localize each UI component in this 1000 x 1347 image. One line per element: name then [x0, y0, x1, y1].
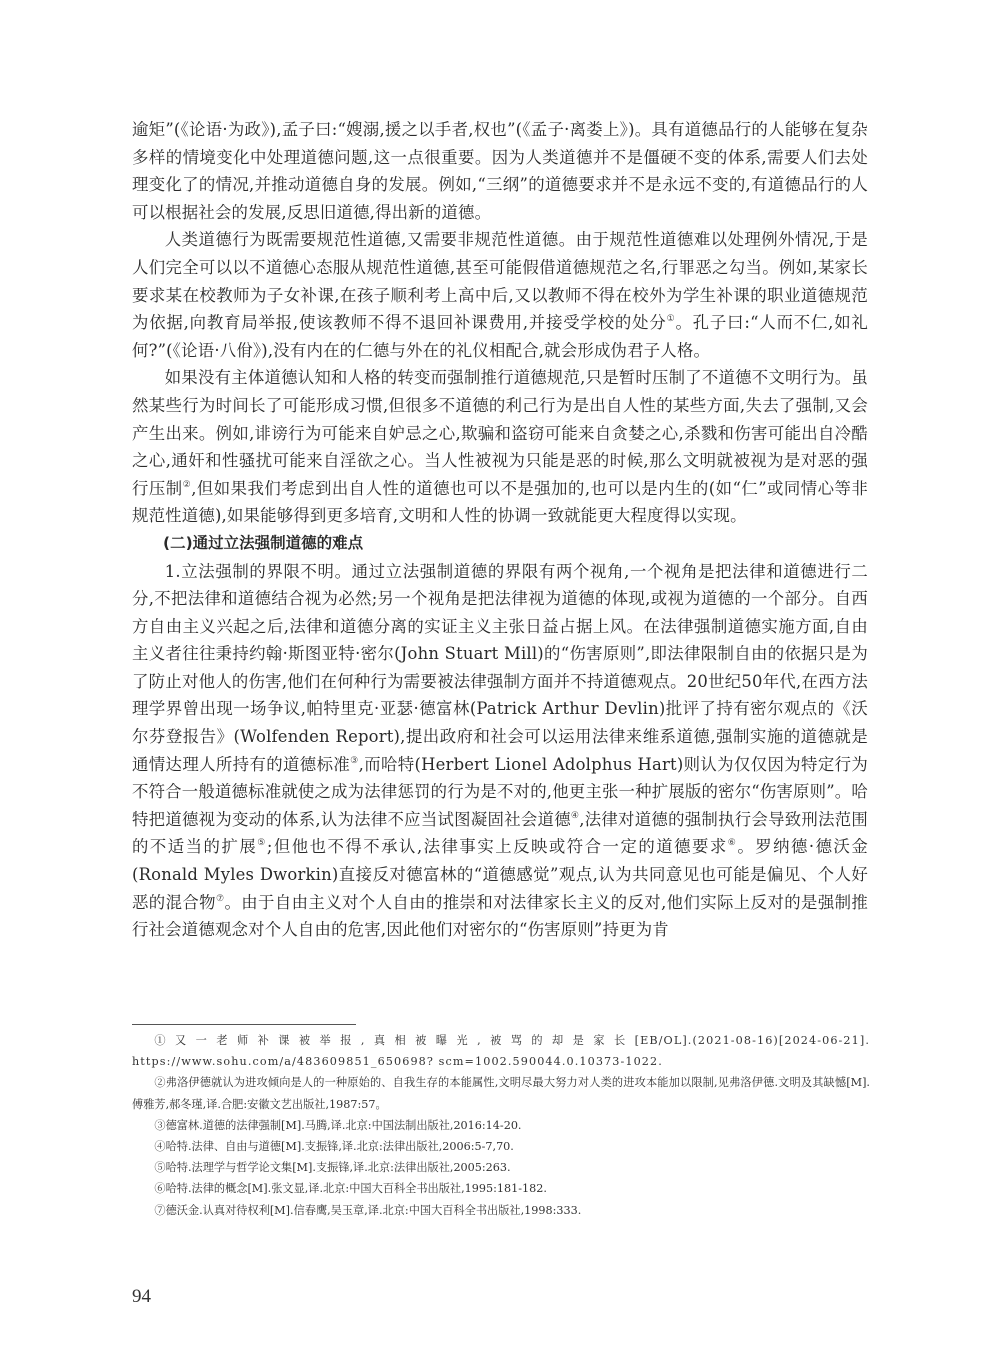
- footnote-ref-4[interactable]: ④: [571, 811, 579, 821]
- footnote-2: ②弗洛伊德就认为进攻倾向是人的一种原始的、自我生存的本能属性,文明尽最大努力对人…: [132, 1072, 870, 1114]
- paragraph-1: 逾矩”(《论语·为政》),孟子曰:“嫂溺,援之以手者,权也”(《孟子·离娄上》)…: [132, 116, 868, 226]
- footnote-4: ④哈特.法律、自由与道德[M].支振锋,译.北京:法律出版社,2006:5-7,…: [132, 1136, 870, 1157]
- paragraph-2: 人类道德行为既需要规范性道德,又需要非规范性道德。由于规范性道德难以处理例外情况…: [132, 226, 868, 364]
- footnote-ref-5[interactable]: ⑤: [257, 838, 267, 848]
- section-heading: (二)通过立法强制道德的难点: [132, 530, 868, 558]
- page-number: 94: [132, 1286, 151, 1308]
- paragraph-4-text-f: 。由于自由主义对个人自由的推崇和对法律家长主义的反对,他们实际上反对的是强制推行…: [132, 893, 868, 940]
- paragraph-3: 如果没有主体道德认知和人格的转变而强制推行道德规范,只是暂时压制了不道德不文明行…: [132, 364, 868, 530]
- footnote-1: ①又一老师补课被举报,真相被曝光,被骂的却是家长[EB/OL].(2021-08…: [132, 1030, 870, 1072]
- footnotes: ①又一老师补课被举报,真相被曝光,被骂的却是家长[EB/OL].(2021-08…: [132, 1030, 870, 1221]
- article-body: 逾矩”(《论语·为政》),孟子曰:“嫂溺,援之以手者,权也”(《孟子·离娄上》)…: [132, 116, 868, 944]
- paragraph-4: 1.立法强制的界限不明。通过立法强制道德的界限有两个视角,一个视角是把法律和道德…: [132, 558, 868, 944]
- footnote-7: ⑦德沃金.认真对待权利[M].信春鹰,吴玉章,译.北京:中国大百科全书出版社,1…: [132, 1200, 870, 1221]
- footnote-ref-3[interactable]: ③: [350, 756, 358, 766]
- footnote-6: ⑥哈特.法律的概念[M].张文显,译.北京:中国大百科全书出版社,1995:18…: [132, 1178, 870, 1199]
- footnote-3: ③德富林.道德的法律强制[M].马腾,译.北京:中国法制出版社,2016:14-…: [132, 1115, 870, 1136]
- footnote-divider: [132, 1024, 356, 1025]
- footnote-ref-1[interactable]: ①: [667, 314, 676, 324]
- footnote-5: ⑤哈特.法理学与哲学论文集[M].支振锋,译.北京:法律出版社,2005:263…: [132, 1157, 870, 1178]
- paragraph-3-text-b: ,但如果我们考虑到出自人性的道德也可以不是强加的,也可以是内生的(如“仁”或同情…: [132, 479, 868, 526]
- footnote-ref-2[interactable]: ②: [183, 480, 192, 490]
- footnote-ref-6[interactable]: ⑥: [728, 838, 738, 848]
- paragraph-4-text-d: ;但他也不得不承认,法律事实上反映或符合一定的道德要求: [267, 837, 728, 856]
- paragraph-4-text-a: 1.立法强制的界限不明。通过立法强制道德的界限有两个视角,一个视角是把法律和道德…: [132, 562, 868, 774]
